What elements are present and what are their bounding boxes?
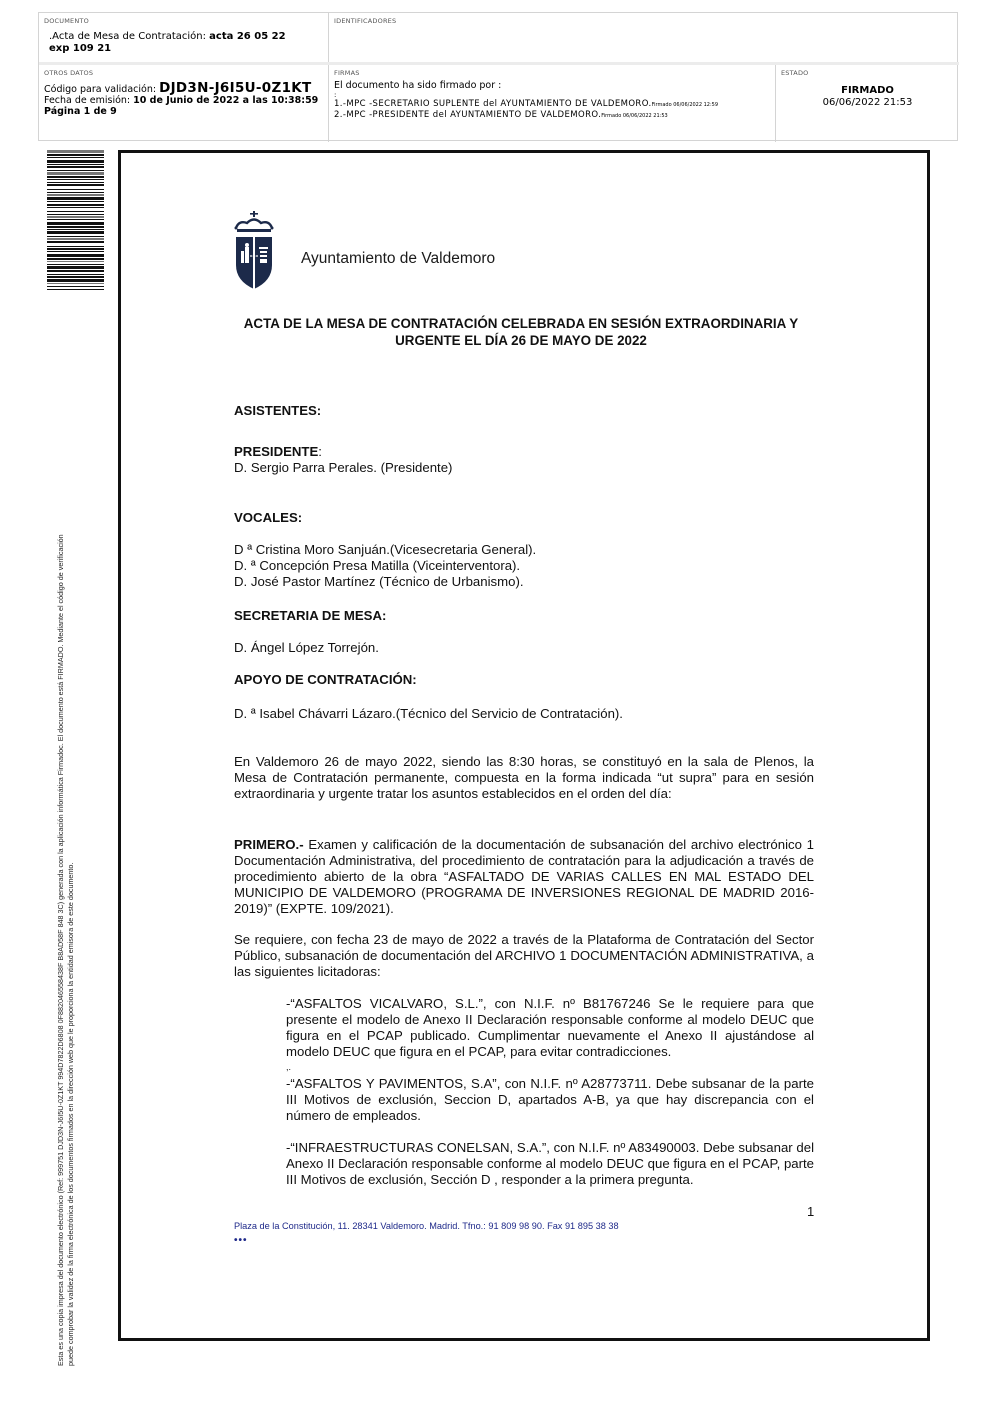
signer-2: 2.-MPC -PRESIDENTE del AYUNTAMIENTO DE V… [334, 110, 718, 121]
vocal-item: D ª Cristina Moro Sanjuán.(Vicesecretari… [234, 542, 814, 558]
firmas-cell: FIRMAS El documento ha sido firmado por … [329, 65, 776, 142]
asistentes-heading: ASISTENTES: [234, 403, 814, 419]
otros-datos-cell: OTROS DATOS Código para validación: DJD3… [39, 65, 329, 142]
identificadores-label: IDENTIFICADORES [334, 17, 396, 25]
licitadora-item: -“INFRAESTRUCTURAS CONELSAN, S.A.”, con … [286, 1140, 814, 1188]
stray-mark: ,. [286, 1063, 814, 1072]
valdemoro-crest-icon [233, 211, 275, 291]
documento-cell: DOCUMENTO .Acta de Mesa de Contratación:… [39, 13, 329, 63]
secretaria-heading: SECRETARIA DE MESA: [234, 608, 814, 624]
estado-cell: ESTADO FIRMADO 06/06/2022 21:53 [776, 65, 959, 142]
page-number: 1 [807, 1204, 814, 1219]
intro-paragraph: En Valdemoro 26 de mayo 2022, siendo las… [234, 754, 814, 802]
organization-name: Ayuntamiento de Valdemoro [301, 250, 495, 268]
apoyo-name: D. ª Isabel Chávarri Lázaro.(Técnico del… [234, 706, 814, 722]
firmas-label: FIRMAS [334, 69, 360, 77]
vocal-item: D. José Pastor Martínez (Técnico de Urba… [234, 574, 814, 590]
document-exp: exp 109 21 [49, 43, 111, 54]
document-name: acta 26 05 22 [209, 31, 285, 42]
documento-label: DOCUMENTO [44, 17, 89, 25]
validation-code[interactable]: DJD3N-J6I5U-0Z1KT [159, 80, 311, 96]
firmas-intro: El documento ha sido firmado por : [334, 80, 718, 91]
requiere-paragraph: Se requiere, con fecha 23 de mayo de 202… [234, 932, 814, 980]
primero-paragraph: PRIMERO.- Examen y calificación de la do… [234, 837, 814, 917]
secretaria-name: D. Ángel López Torrejón. [234, 640, 814, 656]
page-count: Página 1 de 9 [44, 106, 117, 117]
emission-date: 10 de Junio de 2022 a las 10:38:59 [133, 95, 318, 106]
status-date: 06/06/2022 21:53 [776, 97, 959, 109]
document-heading: ACTA DE LA MESA DE CONTRATACIÓN CELEBRAD… [221, 316, 821, 349]
otros-datos-label: OTROS DATOS [44, 69, 93, 77]
licitadora-item: -“ASFALTOS VICALVARO, S.L.”, con N.I.F. … [286, 996, 814, 1060]
vocales-heading: VOCALES: [234, 510, 814, 526]
licitadora-item: -“ASFALTOS Y PAVIMENTOS, S.A”, con N.I.F… [286, 1076, 814, 1124]
verification-side-text: Esta es una copia impresa del documento … [56, 396, 75, 1366]
footer-dots-icon: ••• [234, 1235, 248, 1246]
signer-1: 1.-MPC -SECRETARIO SUPLENTE del AYUNTAMI… [334, 99, 718, 110]
presidente-section: PRESIDENTE: D. Sergio Parra Perales. (Pr… [234, 444, 814, 476]
vocales-list: D ª Cristina Moro Sanjuán.(Vicesecretari… [234, 542, 814, 590]
apoyo-heading: APOYO DE CONTRATACIÓN: [234, 672, 814, 688]
identificadores-cell: IDENTIFICADORES [329, 13, 959, 63]
document-title: .Acta de Mesa de Contratación: acta 26 0… [49, 31, 286, 55]
presidente-name: D. Sergio Parra Perales. (Presidente) [234, 460, 814, 476]
document-metadata-header: DOCUMENTO .Acta de Mesa de Contratación:… [38, 12, 958, 141]
footer-address: Plaza de la Constitución, 11. 28341 Vald… [234, 1221, 619, 1231]
vocal-item: D. ª Concepción Presa Matilla (Viceinter… [234, 558, 814, 574]
status-badge: FIRMADO [776, 85, 959, 97]
estado-label: ESTADO [781, 69, 808, 77]
document-page: Ayuntamiento de Valdemoro ACTA DE LA MES… [118, 150, 930, 1341]
barcode-icon [47, 150, 104, 390]
